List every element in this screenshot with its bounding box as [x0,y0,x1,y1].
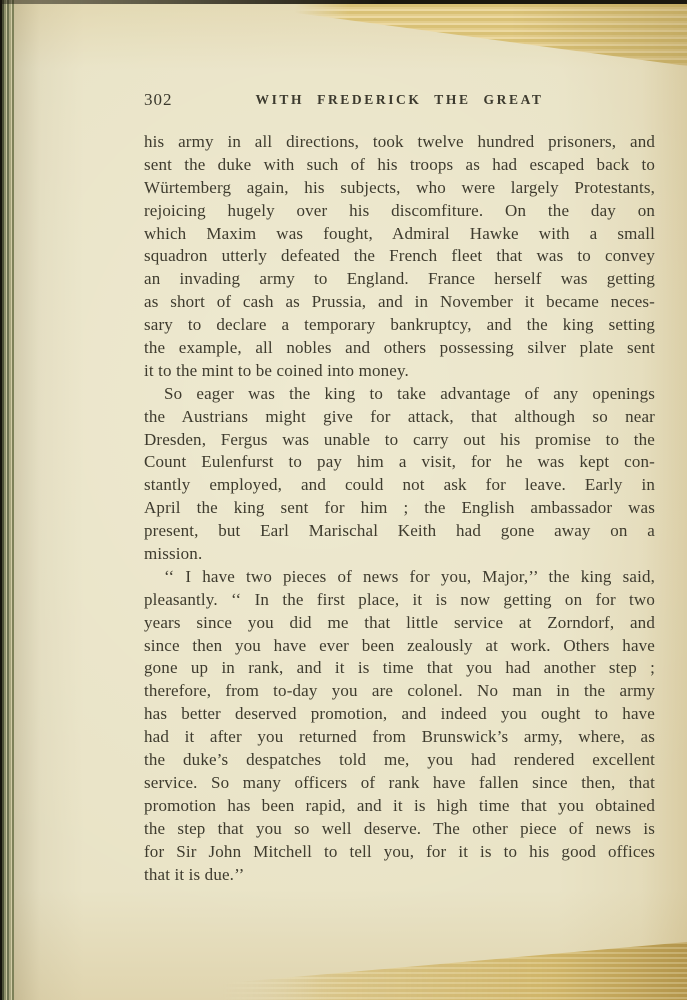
text-line: has better deserved promotion, and indee… [144,703,655,726]
bottom-page-stack-edge [217,942,687,1000]
text-line: stantly employed, and could not ask for … [144,474,655,497]
text-line: squadron utterly defeated the French fle… [144,245,655,268]
top-shadow-line [0,0,687,4]
text-line: for Sir John Mitchell to tell you, for i… [144,841,655,864]
text-line: mission. [144,543,655,566]
text-line: ‘‘ I have two pieces of news for you, Ma… [144,566,655,589]
text-line: the Austrians might give for attack, tha… [144,406,655,429]
text-line: since then you have ever been zealously … [144,635,655,658]
text-line: his army in all directions, took twelve … [144,131,655,154]
text-line: years since you did me that little servi… [144,612,655,635]
text-line: therefore, from to-day you are colonel. … [144,680,655,703]
text-line: Count Eulenfurst to pay him a visit, for… [144,451,655,474]
text-line: Dresden, Fergus was unable to carry out … [144,429,655,452]
book-scan: 302 WITH FREDERICK THE GREAT his army in… [0,0,687,1000]
text-line: present, but Earl Marischal Keith had go… [144,520,655,543]
text-line: the duke’s despatches told me, you had r… [144,749,655,772]
text-line: Würtemberg again, his subjects, who were… [144,177,655,200]
text-line: promotion has been rapid, and it is high… [144,795,655,818]
text-line: service. So many officers of rank have f… [144,772,655,795]
page-header: 302 WITH FREDERICK THE GREAT [144,90,655,112]
text-line: April the king sent for him ; the Englis… [144,497,655,520]
book-fore-edge [0,0,14,1000]
text-line: pleasantly. ‘‘ In the first place, it is… [144,589,655,612]
text-line: which Maxim was fought, Admiral Hawke wi… [144,223,655,246]
text-line: that it is due.’’ [144,864,655,887]
top-page-stack-edge [295,2,687,66]
text-line: an invading army to England. France hers… [144,268,655,291]
page-text: his army in all directions, took twelve … [144,131,655,886]
text-line: sary to declare a temporary bankruptcy, … [144,314,655,337]
text-line: the step that you so well deserve. The o… [144,818,655,841]
text-line: So eager was the king to take advantage … [144,383,655,406]
book-page: 302 WITH FREDERICK THE GREAT his army in… [14,0,687,1000]
text-line: as short of cash as Prussia, and in Nove… [144,291,655,314]
text-line: sent the duke with such of his troops as… [144,154,655,177]
text-line: rejoicing hugely over his discomfiture. … [144,200,655,223]
text-line: the example, all nobles and others posse… [144,337,655,360]
text-line: it to the mint to be coined into money. [144,360,655,383]
text-line: had it after you returned from Brunswick… [144,726,655,749]
text-line: gone up in rank, and it is time that you… [144,657,655,680]
running-header: WITH FREDERICK THE GREAT [144,92,655,108]
